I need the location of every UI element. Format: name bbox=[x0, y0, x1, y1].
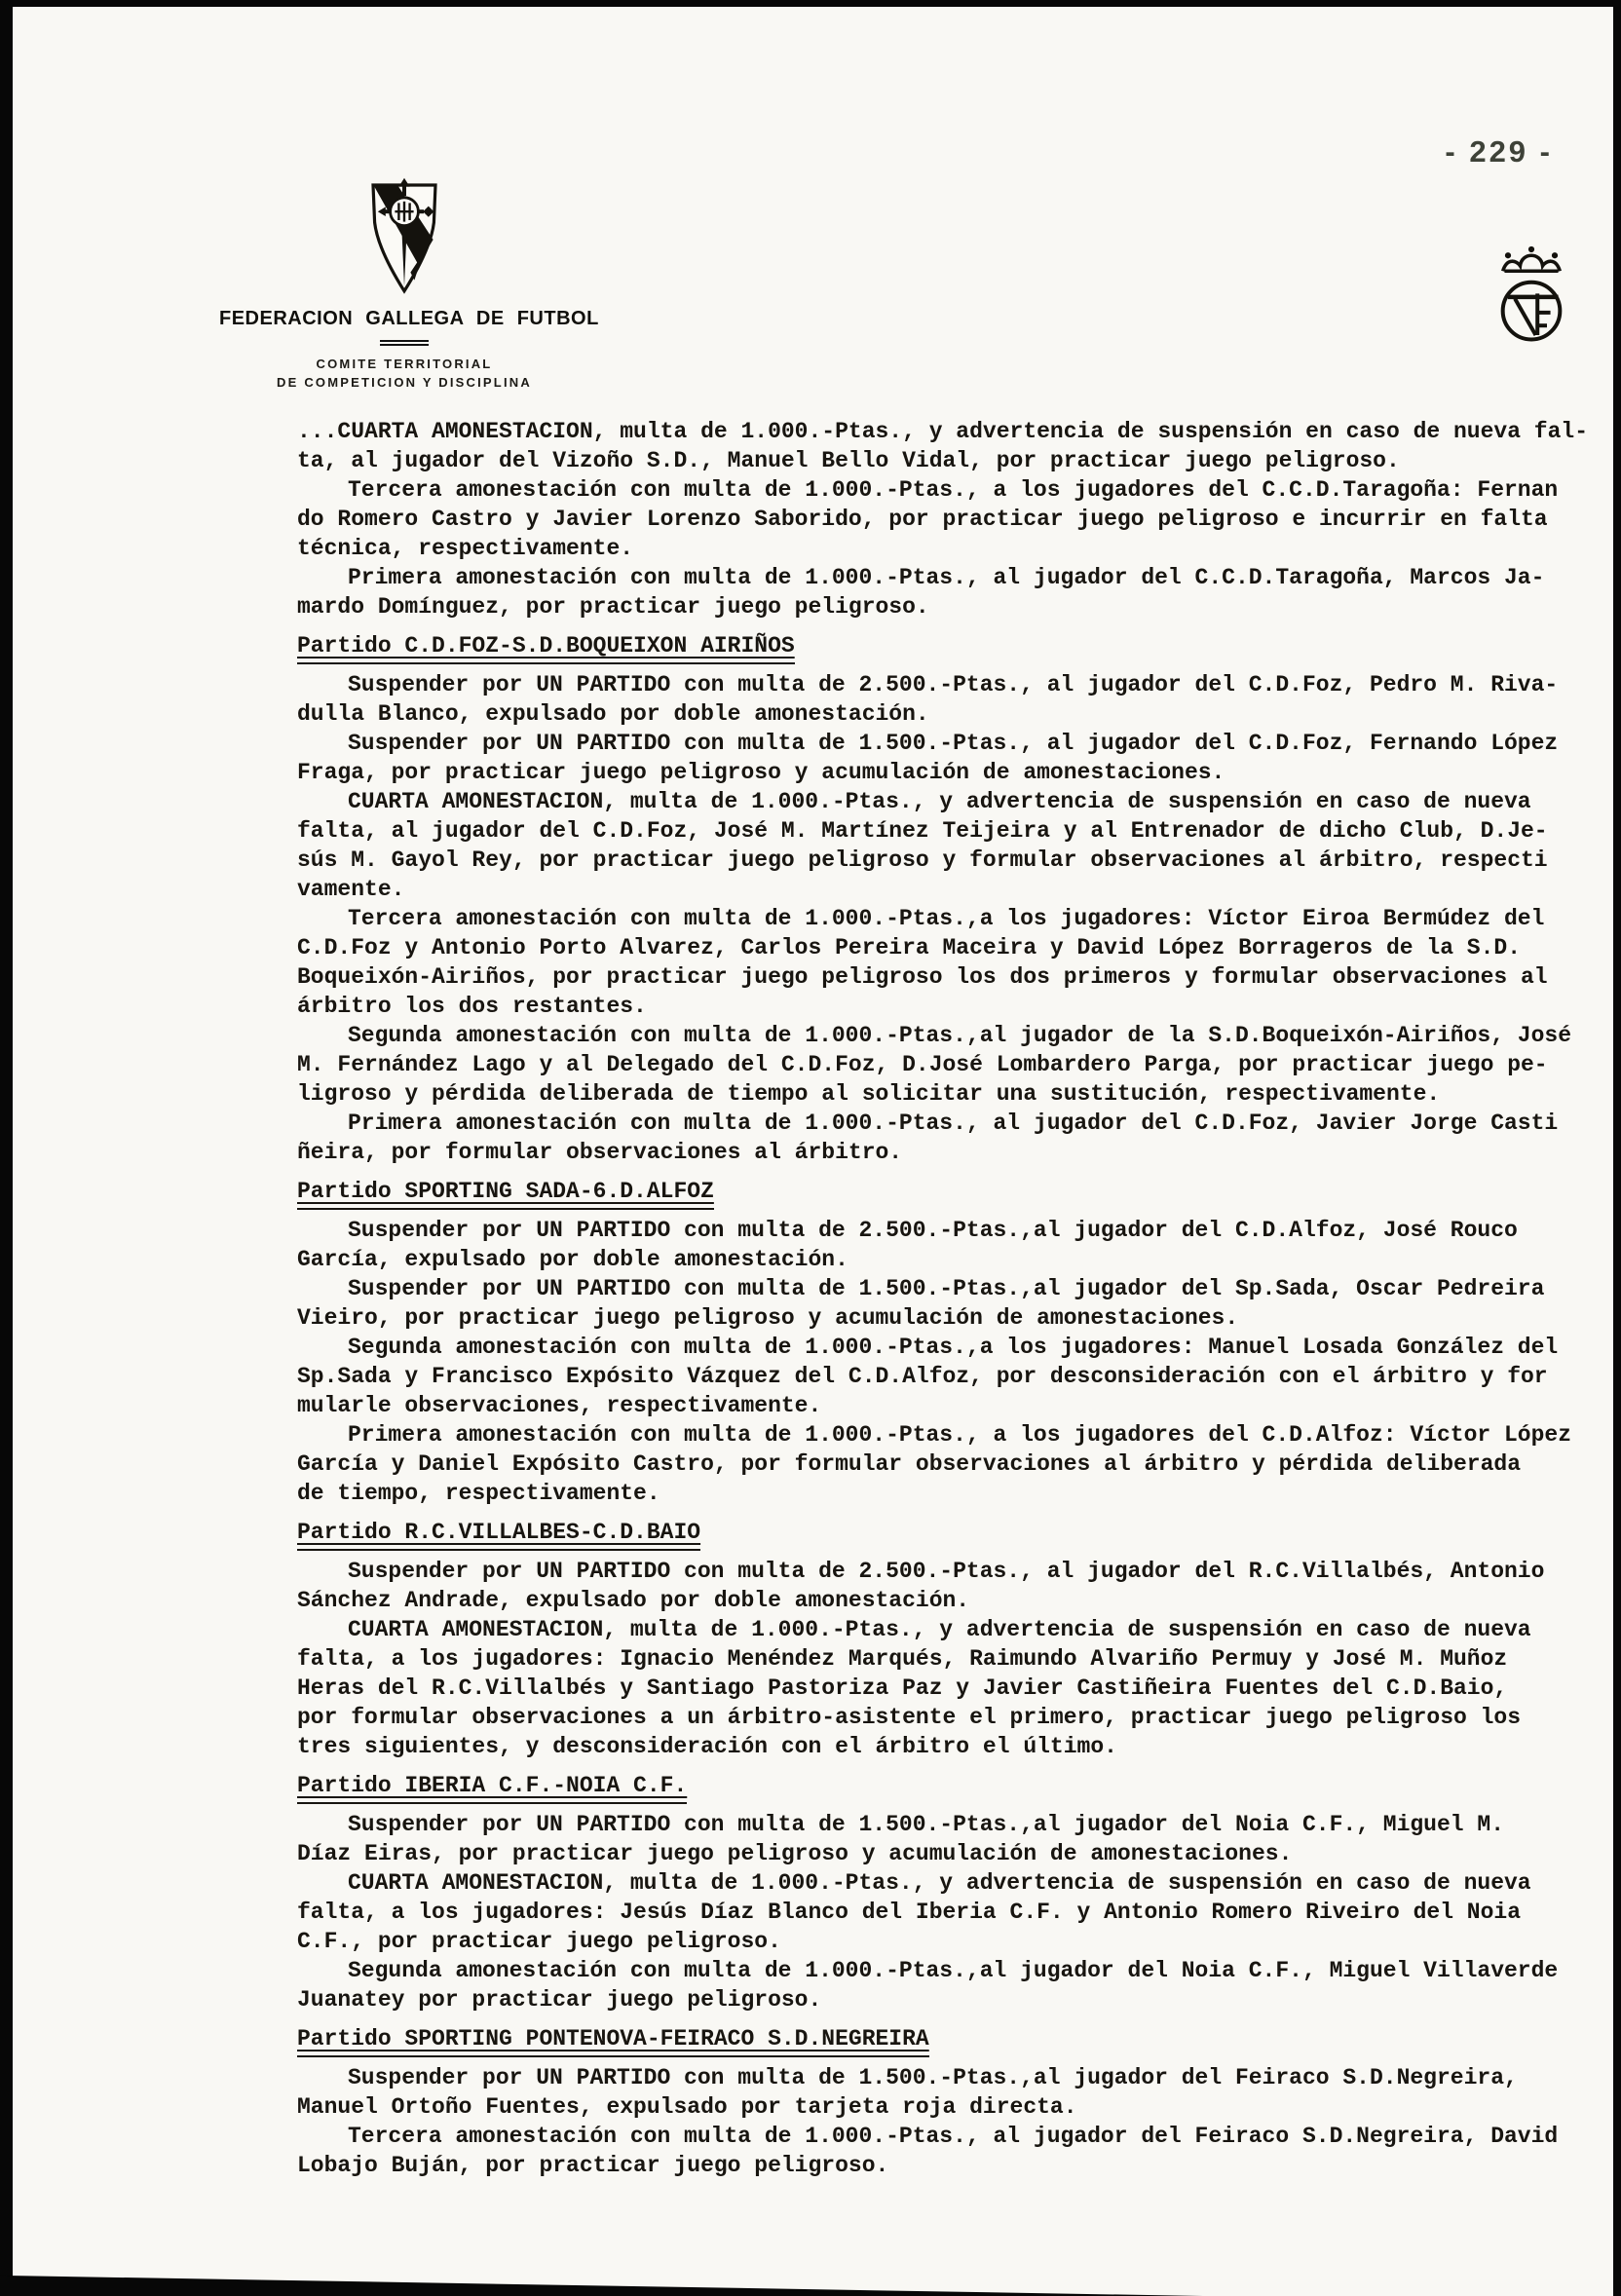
text-line: de tiempo, respectivamente. bbox=[297, 1479, 1614, 1508]
scan-border-top bbox=[0, 0, 1621, 7]
text-line: Suspender por UN PARTIDO con multa de 2.… bbox=[297, 670, 1614, 699]
text-line: Suspender por UN PARTIDO con multa de 2.… bbox=[297, 1557, 1614, 1586]
text-line: do Romero Castro y Javier Lorenzo Sabori… bbox=[297, 505, 1614, 534]
paragraph: Segunda amonestación con multa de 1.000.… bbox=[297, 1021, 1614, 1109]
paragraph: Suspender por UN PARTIDO con multa de 2.… bbox=[297, 1557, 1614, 1615]
paragraph: Primera amonestación con multa de 1.000.… bbox=[297, 1420, 1614, 1508]
match-heading: Partido IBERIA C.F.-NOIA C.F. bbox=[297, 1771, 1614, 1804]
text-line: Segunda amonestación con multa de 1.000.… bbox=[297, 1956, 1614, 1985]
paragraph: Tercera amonestación con multa de 1.000.… bbox=[297, 904, 1614, 1021]
text-line: Suspender por UN PARTIDO con multa de 1.… bbox=[297, 729, 1614, 758]
match-heading-text: Partido IBERIA C.F.-NOIA C.F. bbox=[297, 1771, 687, 1804]
text-line: Tercera amonestación con multa de 1.000.… bbox=[297, 904, 1614, 933]
text-line: Tercera amonestación con multa de 1.000.… bbox=[297, 475, 1614, 505]
paragraph: CUARTA AMONESTACION, multa de 1.000.-Pta… bbox=[297, 1868, 1614, 1956]
paragraph: Primera amonestación con multa de 1.000.… bbox=[297, 1109, 1614, 1167]
match-heading: Partido C.D.FOZ-S.D.BOQUEIXON AIRIÑOS bbox=[297, 631, 1614, 664]
report-section: Partido R.C.VILLALBES-C.D.BAIOSuspender … bbox=[297, 1518, 1614, 1761]
match-heading-text: Partido SPORTING SADA-6.D.ALFOZ bbox=[297, 1177, 714, 1210]
paragraph: Suspender por UN PARTIDO con multa de 1.… bbox=[297, 1274, 1614, 1333]
paragraph: Tercera amonestación con multa de 1.000.… bbox=[297, 2122, 1614, 2180]
text-line: sús M. Gayol Rey, por practicar juego pe… bbox=[297, 846, 1614, 875]
text-line: falta, a los jugadores: Jesús Díaz Blanc… bbox=[297, 1898, 1614, 1927]
text-line: falta, a los jugadores: Ignacio Menéndez… bbox=[297, 1644, 1614, 1674]
text-line: Díaz Eiras, por practicar juego peligros… bbox=[297, 1839, 1614, 1868]
report-section: Partido SPORTING PONTENOVA-FEIRACO S.D.N… bbox=[297, 2024, 1614, 2180]
text-line: M. Fernández Lago y al Delegado del C.D.… bbox=[297, 1050, 1614, 1079]
paragraph: Segunda amonestación con multa de 1.000.… bbox=[297, 1333, 1614, 1420]
text-line: Sp.Sada y Francisco Expósito Vázquez del… bbox=[297, 1362, 1614, 1391]
paragraph: CUARTA AMONESTACION, multa de 1.000.-Pta… bbox=[297, 1615, 1614, 1761]
text-line: Suspender por UN PARTIDO con multa de 1.… bbox=[297, 1274, 1614, 1303]
match-heading-text: Partido R.C.VILLALBES-C.D.BAIO bbox=[297, 1518, 700, 1551]
text-line: Segunda amonestación con multa de 1.000.… bbox=[297, 1333, 1614, 1362]
paragraph: Suspender por UN PARTIDO con multa de 1.… bbox=[297, 1810, 1614, 1868]
text-line: Primera amonestación con multa de 1.000.… bbox=[297, 1420, 1614, 1449]
text-line: CUARTA AMONESTACION, multa de 1.000.-Pta… bbox=[297, 1868, 1614, 1898]
scan-border-bottom bbox=[0, 2273, 1203, 2296]
match-heading-text: Partido SPORTING PONTENOVA-FEIRACO S.D.N… bbox=[297, 2024, 929, 2057]
text-line: tres siguientes, y desconsideración con … bbox=[297, 1732, 1614, 1761]
text-line: ligroso y pérdida deliberada de tiempo a… bbox=[297, 1079, 1614, 1109]
text-line: Primera amonestación con multa de 1.000.… bbox=[297, 563, 1614, 592]
paragraph: ...CUARTA AMONESTACION, multa de 1.000.-… bbox=[297, 417, 1614, 475]
paragraph: Suspender por UN PARTIDO con multa de 1.… bbox=[297, 729, 1614, 787]
paragraph: Segunda amonestación con multa de 1.000.… bbox=[297, 1956, 1614, 2014]
text-line: Lobajo Buján, por practicar juego peligr… bbox=[297, 2151, 1614, 2180]
scan-border-right bbox=[1613, 0, 1621, 2296]
report-section: Partido IBERIA C.F.-NOIA C.F.Suspender p… bbox=[297, 1771, 1614, 2014]
text-line: dulla Blanco, expulsado por doble amones… bbox=[297, 699, 1614, 729]
text-line: técnica, respectivamente. bbox=[297, 534, 1614, 563]
text-line: por formular observaciones a un árbitro-… bbox=[297, 1703, 1614, 1732]
paragraph: Suspender por UN PARTIDO con multa de 2.… bbox=[297, 670, 1614, 729]
match-heading: Partido R.C.VILLALBES-C.D.BAIO bbox=[297, 1518, 1614, 1551]
text-line: mardo Domínguez, por practicar juego pel… bbox=[297, 592, 1614, 621]
text-line: árbitro los dos restantes. bbox=[297, 992, 1614, 1021]
text-line: Heras del R.C.Villalbés y Santiago Pasto… bbox=[297, 1674, 1614, 1703]
page-number: - 229 - bbox=[1445, 134, 1553, 169]
text-line: Suspender por UN PARTIDO con multa de 1.… bbox=[297, 2063, 1614, 2092]
text-line: falta, al jugador del C.D.Foz, José M. M… bbox=[297, 816, 1614, 846]
text-line: mularle observaciones, respectivamente. bbox=[297, 1391, 1614, 1420]
committee-line-1: COMITE TERRITORIAL bbox=[219, 357, 589, 371]
text-line: Juanatey por practicar juego peligroso. bbox=[297, 1985, 1614, 2014]
federation-shield-crest-icon bbox=[365, 177, 443, 294]
letterhead: FEDERACION GALLEGA DE FUTBOL COMITE TERR… bbox=[219, 177, 589, 390]
text-line: Vieiro, por practicar juego peligroso y … bbox=[297, 1303, 1614, 1333]
match-heading-text: Partido C.D.FOZ-S.D.BOQUEIXON AIRIÑOS bbox=[297, 631, 795, 664]
match-heading: Partido SPORTING PONTENOVA-FEIRACO S.D.N… bbox=[297, 2024, 1614, 2057]
report-section: Partido SPORTING SADA-6.D.ALFOZSuspender… bbox=[297, 1177, 1614, 1508]
text-line: C.F., por practicar juego peligroso. bbox=[297, 1927, 1614, 1956]
paragraph: Primera amonestación con multa de 1.000.… bbox=[297, 563, 1614, 621]
text-line: CUARTA AMONESTACION, multa de 1.000.-Pta… bbox=[297, 787, 1614, 816]
paragraph: Suspender por UN PARTIDO con multa de 1.… bbox=[297, 2063, 1614, 2122]
text-line: Suspender por UN PARTIDO con multa de 2.… bbox=[297, 1216, 1614, 1245]
report-section: ...CUARTA AMONESTACION, multa de 1.000.-… bbox=[297, 417, 1614, 621]
header-divider bbox=[380, 340, 429, 346]
text-line: García, expulsado por doble amonestación… bbox=[297, 1245, 1614, 1274]
text-line: C.D.Foz y Antonio Porto Alvarez, Carlos … bbox=[297, 933, 1614, 962]
text-line: García y Daniel Expósito Castro, por for… bbox=[297, 1449, 1614, 1479]
text-line: vamente. bbox=[297, 875, 1614, 904]
paragraph: CUARTA AMONESTACION, multa de 1.000.-Pta… bbox=[297, 787, 1614, 904]
org-name: FEDERACION GALLEGA DE FUTBOL bbox=[219, 308, 589, 330]
text-line: Tercera amonestación con multa de 1.000.… bbox=[297, 2122, 1614, 2151]
text-line: Fraga, por practicar juego peligroso y a… bbox=[297, 758, 1614, 787]
text-line: Suspender por UN PARTIDO con multa de 1.… bbox=[297, 1810, 1614, 1839]
committee-line-2: DE COMPETICION Y DISCIPLINA bbox=[219, 375, 589, 390]
text-line: Boqueixón-Airiños, por practicar juego p… bbox=[297, 962, 1614, 992]
text-line: Primera amonestación con multa de 1.000.… bbox=[297, 1109, 1614, 1138]
paragraph: Tercera amonestación con multa de 1.000.… bbox=[297, 475, 1614, 563]
text-line: ñeira, por formular observaciones al árb… bbox=[297, 1138, 1614, 1167]
text-line: Sánchez Andrade, expulsado por doble amo… bbox=[297, 1586, 1614, 1615]
paragraph: Suspender por UN PARTIDO con multa de 2.… bbox=[297, 1216, 1614, 1274]
text-line: Manuel Ortoño Fuentes, expulsado por tar… bbox=[297, 2092, 1614, 2122]
text-line: Segunda amonestación con multa de 1.000.… bbox=[297, 1021, 1614, 1050]
scan-border-left bbox=[0, 0, 13, 2296]
document-body: ...CUARTA AMONESTACION, multa de 1.000.-… bbox=[297, 417, 1614, 2180]
federation-round-crowned-emblem-icon bbox=[1492, 242, 1570, 351]
match-heading: Partido SPORTING SADA-6.D.ALFOZ bbox=[297, 1177, 1614, 1210]
report-section: Partido C.D.FOZ-S.D.BOQUEIXON AIRIÑOSSus… bbox=[297, 631, 1614, 1167]
text-line: CUARTA AMONESTACION, multa de 1.000.-Pta… bbox=[297, 1615, 1614, 1644]
text-line: ta, al jugador del Vizoño S.D., Manuel B… bbox=[297, 446, 1614, 475]
text-line: ...CUARTA AMONESTACION, multa de 1.000.-… bbox=[297, 417, 1614, 446]
